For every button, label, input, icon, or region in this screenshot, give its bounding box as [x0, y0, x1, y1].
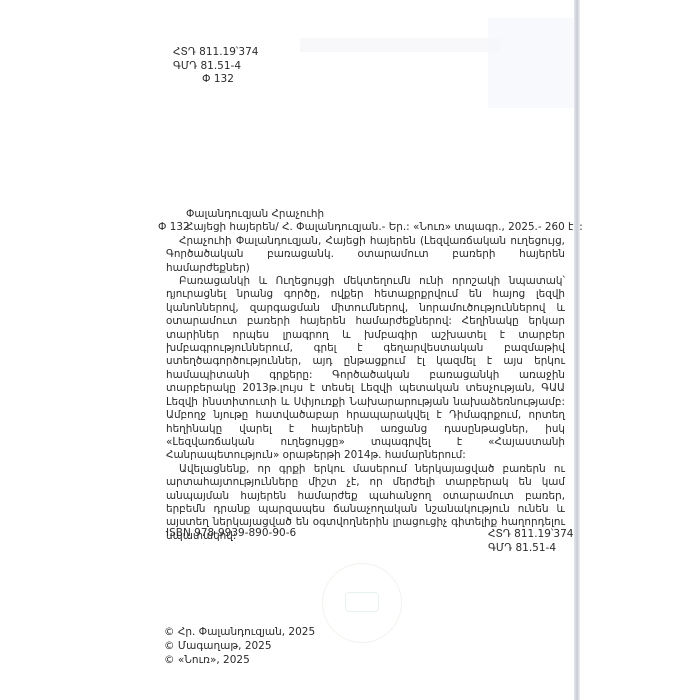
author-mark: Փ 132 [173, 73, 258, 87]
bbk-code: ԳՄԴ 81.51-4 [173, 60, 258, 74]
udc-code-bottom: ՀՏԴ 811.19՝374 [488, 527, 573, 541]
bleed-through-cover [488, 18, 574, 108]
catalog-author-mark: Փ 132 [158, 221, 186, 234]
publisher-stamp-icon [322, 563, 402, 643]
stamp-logo-icon [345, 592, 379, 612]
catalog-author: Փալանդուզյան Հրաչուհի [158, 208, 565, 221]
classification-codes-bottom: ՀՏԴ 811.19՝374 ԳՄԴ 81.51-4 [488, 527, 573, 555]
copyright-block: © Հր. Փալանդուզյան, 2025 © Մագաղաթ, 2025… [164, 625, 315, 667]
page-edge [574, 0, 580, 700]
copyright-printer: © «Նուռ», 2025 [164, 653, 315, 667]
udc-code: ՀՏԴ 811.19՝374 [173, 46, 258, 60]
book-page: ՀՏԴ 811.19՝374 ԳՄԴ 81.51-4 Փ 132 Փալանդո… [0, 0, 576, 700]
bleed-through-text [300, 38, 500, 52]
catalog-record: Փալանդուզյան Հրաչուհի Փ 132Հայեցի հայերե… [158, 208, 565, 543]
catalog-title-line: Փ 132Հայեցի հայերեն/ Հ. Փալանդուզյան.- Ե… [158, 221, 565, 234]
classification-codes-top: ՀՏԴ 811.19՝374 ԳՄԴ 81.51-4 Փ 132 [173, 46, 258, 87]
catalog-title: Հայեցի հայերեն/ Հ. Փալանդուզյան.- Եր.: «… [186, 221, 583, 233]
catalog-annotation-1: Բառացանկի և Ուղեցույցի մեկտեղումն ունի ո… [166, 275, 565, 463]
bbk-code-bottom: ԳՄԴ 81.51-4 [488, 541, 573, 555]
catalog-subtitle: Հրաչուհի Փալանդուզյան, Հայեցի հայերեն (Լ… [166, 235, 565, 275]
copyright-author: © Հր. Փալանդուզյան, 2025 [164, 625, 315, 639]
copyright-publisher: © Մագաղաթ, 2025 [164, 639, 315, 653]
isbn: ISBN 978-9939-890-90-6 [166, 527, 296, 539]
